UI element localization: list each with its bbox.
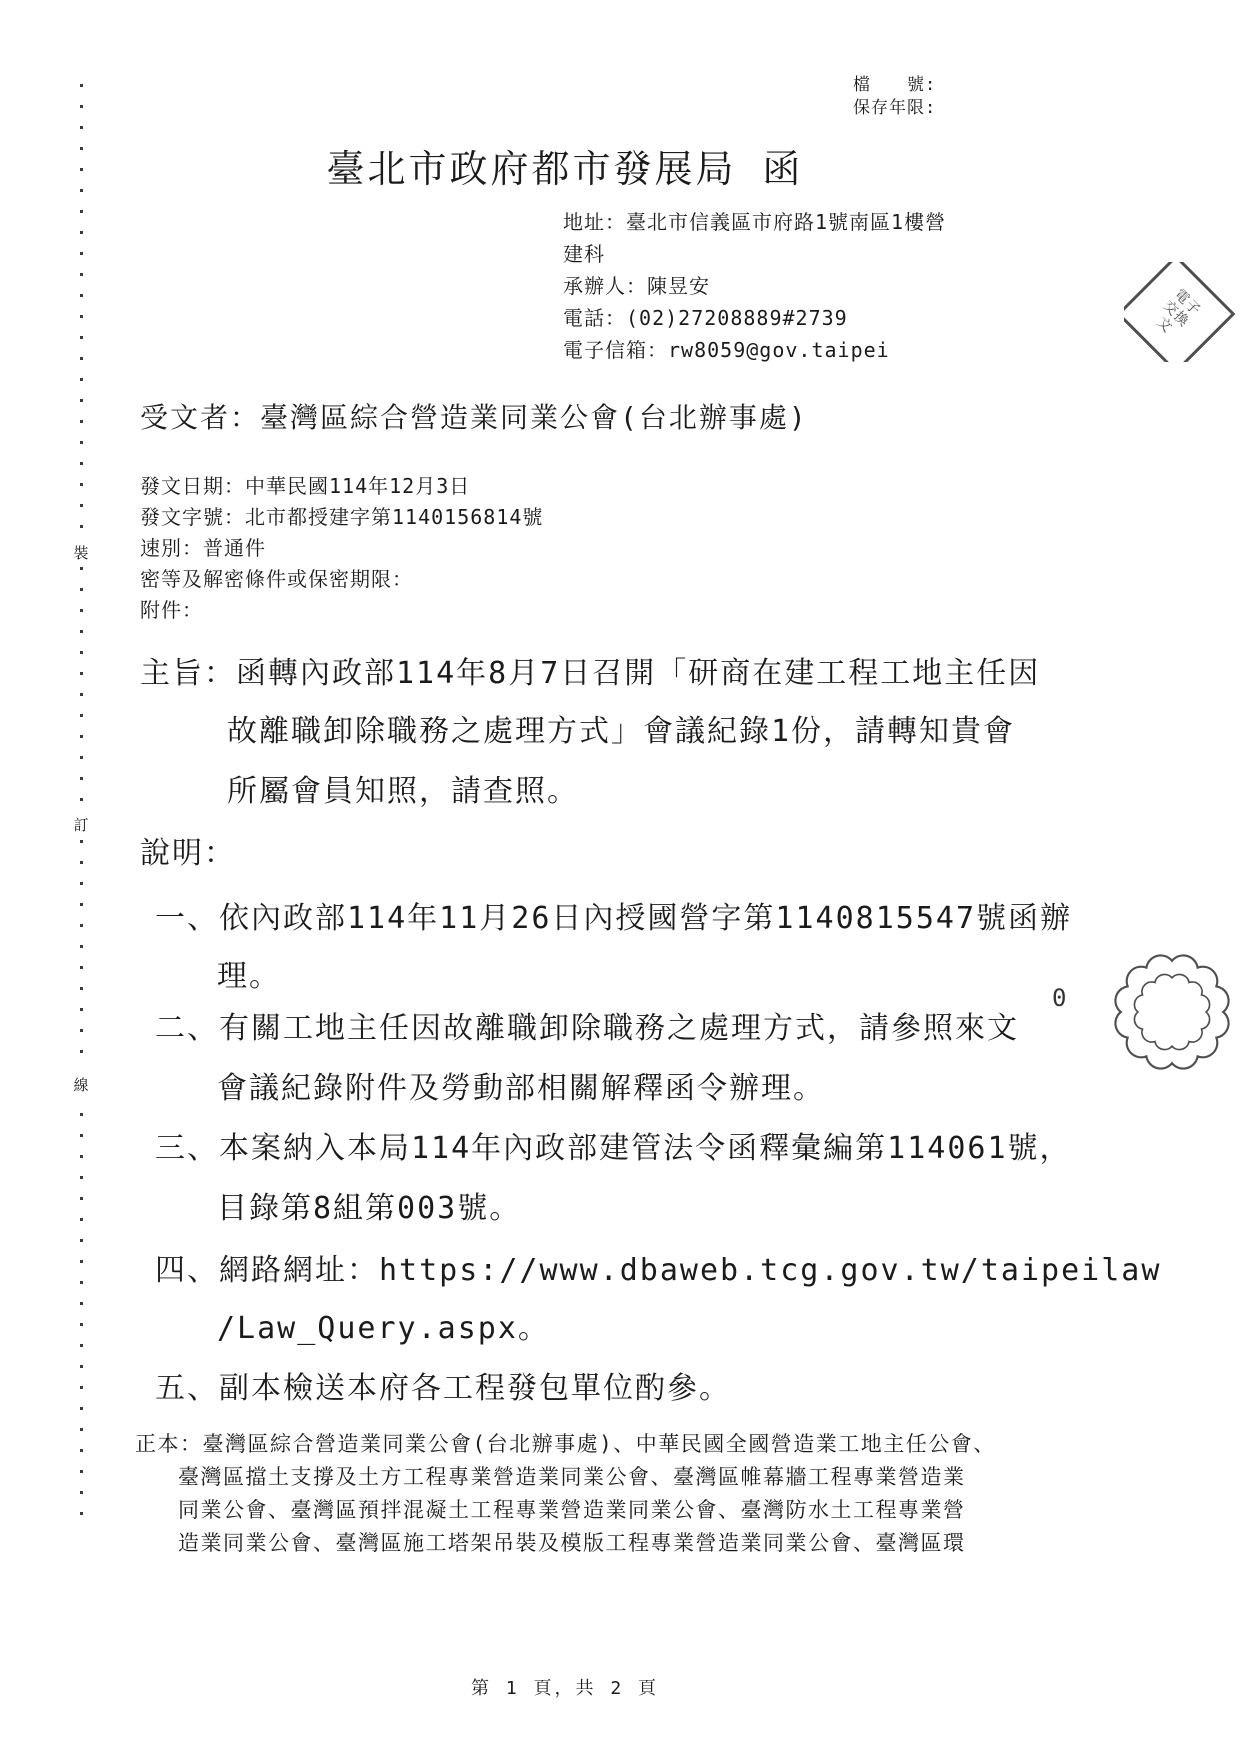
contact-person: 承辦人：陳昱安 xyxy=(563,270,710,302)
page-number-footer: 第 1 頁，共 2 頁 xyxy=(0,1674,1130,1700)
original-copy-line-1: 正本：臺灣區綜合營造業同業公會(台北辦事處)、中華民國全國營造業工地主任公會、 xyxy=(135,1428,996,1458)
contact-address-line1: 地址：臺北市信義區市府路1號南區1樓營 xyxy=(563,206,946,238)
subject-line-3: 所屬會員知照，請查照。 xyxy=(227,766,579,810)
dispatch-number: 發文字號：北市都授建字第1140156814號 xyxy=(140,501,543,533)
security-class: 密等及解密條件或保密期限： xyxy=(140,563,413,595)
subject-line-2: 故離職卸除職務之處理方式」會議紀錄1份，請轉知貴會 xyxy=(227,706,1015,750)
original-copy-line-2: 臺灣區擋土支撐及土方工程專業營造業同業公會、臺灣區帷幕牆工程專業營造業 xyxy=(178,1461,966,1491)
item-1-line-2: 理。 xyxy=(217,951,281,995)
item-4-line-2-url: /Law_Query.aspx。 xyxy=(217,1303,550,1347)
retention-period-label: 保存年限: xyxy=(853,93,936,118)
seal-digit: 0 xyxy=(1052,984,1066,1012)
binding-dotted-line xyxy=(80,84,83,1518)
speed-class: 速別：普通件 xyxy=(140,532,266,564)
item-4-line-1-url: 四、網路網址：https://www.dbaweb.tcg.gov.tw/tai… xyxy=(155,1245,1161,1289)
attachment-label: 附件： xyxy=(140,594,203,626)
scalloped-seal-icon xyxy=(1092,948,1241,1076)
scalloped-seal-stamp: 0 xyxy=(1040,948,1241,1076)
subject-line-1: 主旨：函轉內政部114年8月7日召開「研商在建工程工地主任因 xyxy=(140,648,1040,692)
document-title: 臺北市政府都市發展局 函 xyxy=(0,138,1130,193)
item-2-line-1: 二、有關工地主任因故離職卸除職務之處理方式，請參照來文 xyxy=(155,1003,1019,1047)
item-3-line-1: 三、本案納入本局114年內政部建管法令函釋彙編第114061號， xyxy=(155,1123,1072,1167)
original-copy-line-4: 造業同業公會、臺灣區施工塔架吊裝及模版工程專業營造業同業公會、臺灣區環 xyxy=(178,1527,966,1557)
file-number-label: 檔 號: xyxy=(853,70,936,95)
electronic-exchange-stamp: 電子 交換 文 xyxy=(1124,262,1241,362)
binding-mark-ding: 訂 xyxy=(71,810,91,839)
item-3-line-2: 目錄第8組第003號。 xyxy=(217,1183,521,1227)
contact-address-line2: 建科 xyxy=(563,238,605,270)
item-2-line-2: 會議紀錄附件及勞動部相關解釋函令辦理。 xyxy=(217,1063,825,1107)
explanation-heading: 說明： xyxy=(140,828,236,872)
dispatch-date: 發文日期：中華民國114年12月3日 xyxy=(140,470,470,502)
binding-mark-xian: 線 xyxy=(71,1070,91,1099)
recipient-line: 受文者：臺灣區綜合營造業同業公會(台北辦事處) xyxy=(140,396,808,436)
official-letter-page: 裝 訂 線 檔 號: 保存年限: 臺北市政府都市發展局 函 地址：臺北市信義區市… xyxy=(0,0,1241,1754)
binding-mark-zhuang: 裝 xyxy=(71,538,91,567)
contact-phone: 電話：(02)27208889#2739 xyxy=(563,302,848,334)
electronic-exchange-stamp-border: 電子 交換 文 xyxy=(1124,262,1235,362)
item-5-line-1: 五、副本檢送本府各工程發包單位酌參。 xyxy=(155,1363,731,1407)
original-copy-line-3: 同業公會、臺灣區預拌混凝土工程專業營造業同業公會、臺灣防水土工程專業營 xyxy=(178,1494,966,1524)
item-1-line-1: 一、依內政部114年11月26日內授國營字第1140815547號函辦 xyxy=(155,893,1072,937)
contact-email: 電子信箱：rw8059@gov.taipei xyxy=(563,334,890,366)
